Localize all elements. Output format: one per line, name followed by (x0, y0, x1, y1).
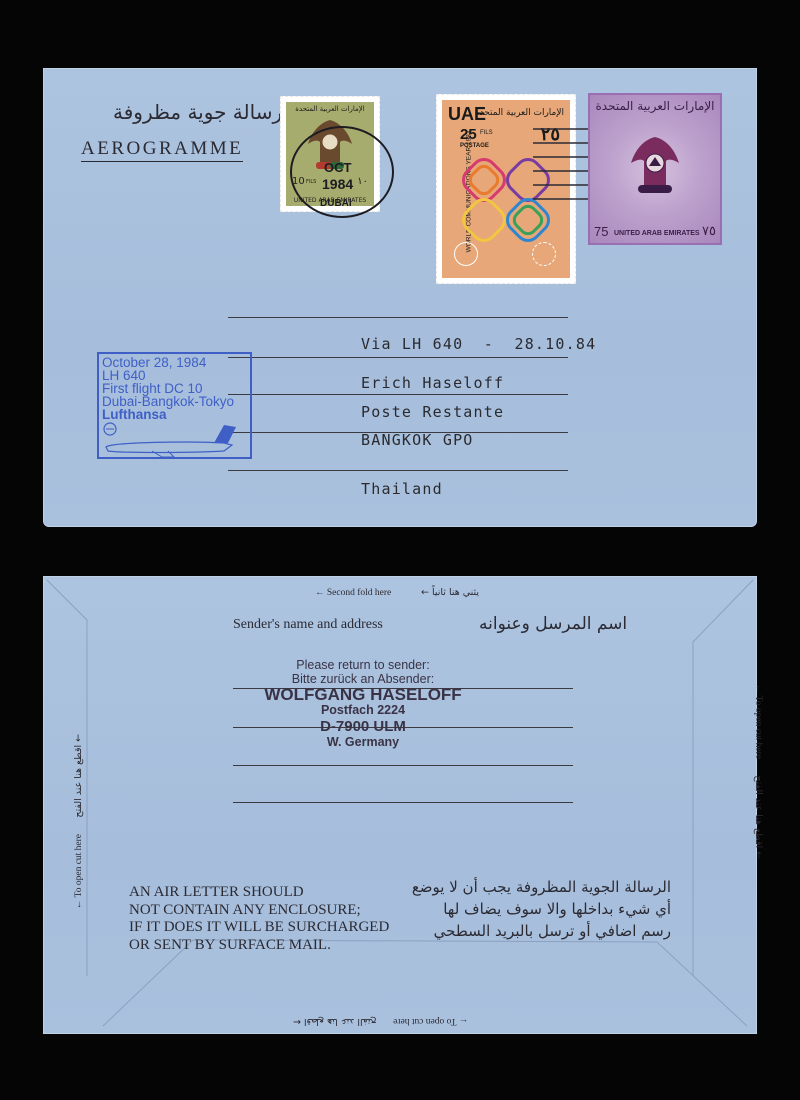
open-cut-text: ← To open cut here (753, 684, 763, 759)
open-cut-note-bottom: ← To open cut here اقطع هنا عند الفتح ← (293, 1016, 468, 1027)
open-cut-text: ← To open cut here (74, 834, 84, 909)
return-line-en: Please return to sender: (233, 658, 493, 672)
open-cut-text-arabic: اقطع هنا عند الفتح ← (293, 1016, 377, 1027)
sender-label-arabic: اسم المرسل وعنوانه (479, 614, 627, 634)
sender-rule (233, 765, 573, 766)
address-rule (228, 317, 568, 318)
dubai-postmark: OCT 1984 DUBAI (290, 126, 394, 218)
upu-emblem-icon (532, 242, 556, 266)
arabic-aerogramme-title: رسالة جوية مظروفة (113, 100, 282, 124)
sender-rule (233, 802, 573, 803)
postmark-town: DUBAI (320, 198, 352, 209)
cachet-brand: Lufthansa (102, 408, 247, 421)
stamp-arabic-header: الإمارات العربية المتحدة (475, 108, 564, 118)
warning-line-arabic: أي شيء بداخلها والا سوف يضاف لها (415, 898, 671, 920)
return-country: W. Germany (233, 735, 493, 749)
aerogramme-back: ← Second fold here يثني هنا ثانياً ← Sen… (43, 576, 757, 1034)
open-cut-text-arabic: اقطع هنا عند الفتح ← (73, 734, 84, 818)
sender-label: Sender's name and address (233, 617, 383, 633)
routing-line: Via LH 640 - 28.10.84 (361, 335, 596, 353)
stamp-arabic-denomination: ٧٥ (702, 223, 716, 239)
open-cut-note-left: ← To open cut here اقطع هنا عند الفتح ← (73, 734, 84, 909)
warning-english: AN AIR LETTER SHOULD NOT CONTAIN ANY ENC… (129, 884, 389, 954)
warning-line: OR SENT BY SURFACE MAIL. (129, 937, 389, 955)
recipient-line-3: BANGKOK GPO (361, 431, 474, 449)
stamp-world-communications-year: UAE الإمارات العربية المتحدة 25 FILS POS… (436, 94, 576, 284)
warning-line: NOT CONTAIN ANY ENCLOSURE; (129, 902, 389, 920)
fold-guides (43, 576, 757, 1034)
imprinted-stamp-eagle-75: الإمارات العربية المتحدة 75 UNITED ARAB … (588, 93, 722, 245)
stamp-arabic-header: الإمارات العربية المتحدة (590, 99, 720, 113)
un-emblem-icon (454, 242, 478, 266)
warning-line: AN AIR LETTER SHOULD (129, 884, 389, 902)
postmark-year: 1984 (322, 176, 353, 192)
stamp-postage-label: POSTAGE (460, 143, 489, 149)
return-street: Postfach 2224 (233, 703, 493, 717)
first-flight-cachet: October 28, 1984 LH 640 First flight DC … (97, 352, 252, 459)
stamp-caption: UNITED ARAB EMIRATES (614, 230, 700, 237)
recipient-line-2: Poste Restante (361, 403, 504, 421)
stamp-arabic-header: الإمارات العربية المتحدة (286, 105, 374, 113)
eagle-emblem-icon (626, 133, 684, 199)
return-name: WOLFGANG HASELOFF (213, 685, 513, 705)
stamp-denomination: 75 (594, 224, 608, 239)
address-rule (228, 470, 568, 471)
open-cut-text-arabic: اقطع هنا عند الفتح ← (753, 775, 764, 859)
wcy-interlaced-logo-icon (458, 152, 554, 248)
return-city: D-7900 ULM (233, 718, 493, 735)
second-fold-note: ← Second fold here (315, 588, 391, 598)
stamp-unit: FILS (480, 130, 493, 136)
warning-line-arabic: رسم اضافي أو ترسل بالبريد السطحي (415, 920, 671, 942)
open-cut-text: ← To open cut here (393, 1016, 468, 1026)
dc10-aircraft-icon (102, 421, 250, 461)
postmark-month: OCT (324, 160, 351, 175)
second-fold-note-arabic: يثني هنا ثانياً ← (421, 587, 479, 598)
address-rule (228, 357, 568, 358)
open-cut-note-right: ← To open cut here اقطع هنا عند الفتح ← (753, 684, 764, 859)
recipient-country: Thailand (361, 480, 443, 498)
warning-arabic: الرسالة الجوية المظروفة يجب أن لا يوضع أ… (415, 876, 671, 942)
address-rule (228, 394, 568, 395)
recipient-name: Erich Haseloff (361, 374, 504, 392)
return-line-de: Bitte zurück an Absender: (233, 672, 493, 686)
warning-line: IF IT DOES IT WILL BE SURCHARGED (129, 919, 389, 937)
aerogramme-title: AEROGRAMME (81, 138, 243, 162)
warning-line-arabic: الرسالة الجوية المظروفة يجب أن لا يوضع (415, 876, 671, 898)
aerogramme-front: رسالة جوية مظروفة AEROGRAMME الإمارات ال… (43, 68, 757, 527)
